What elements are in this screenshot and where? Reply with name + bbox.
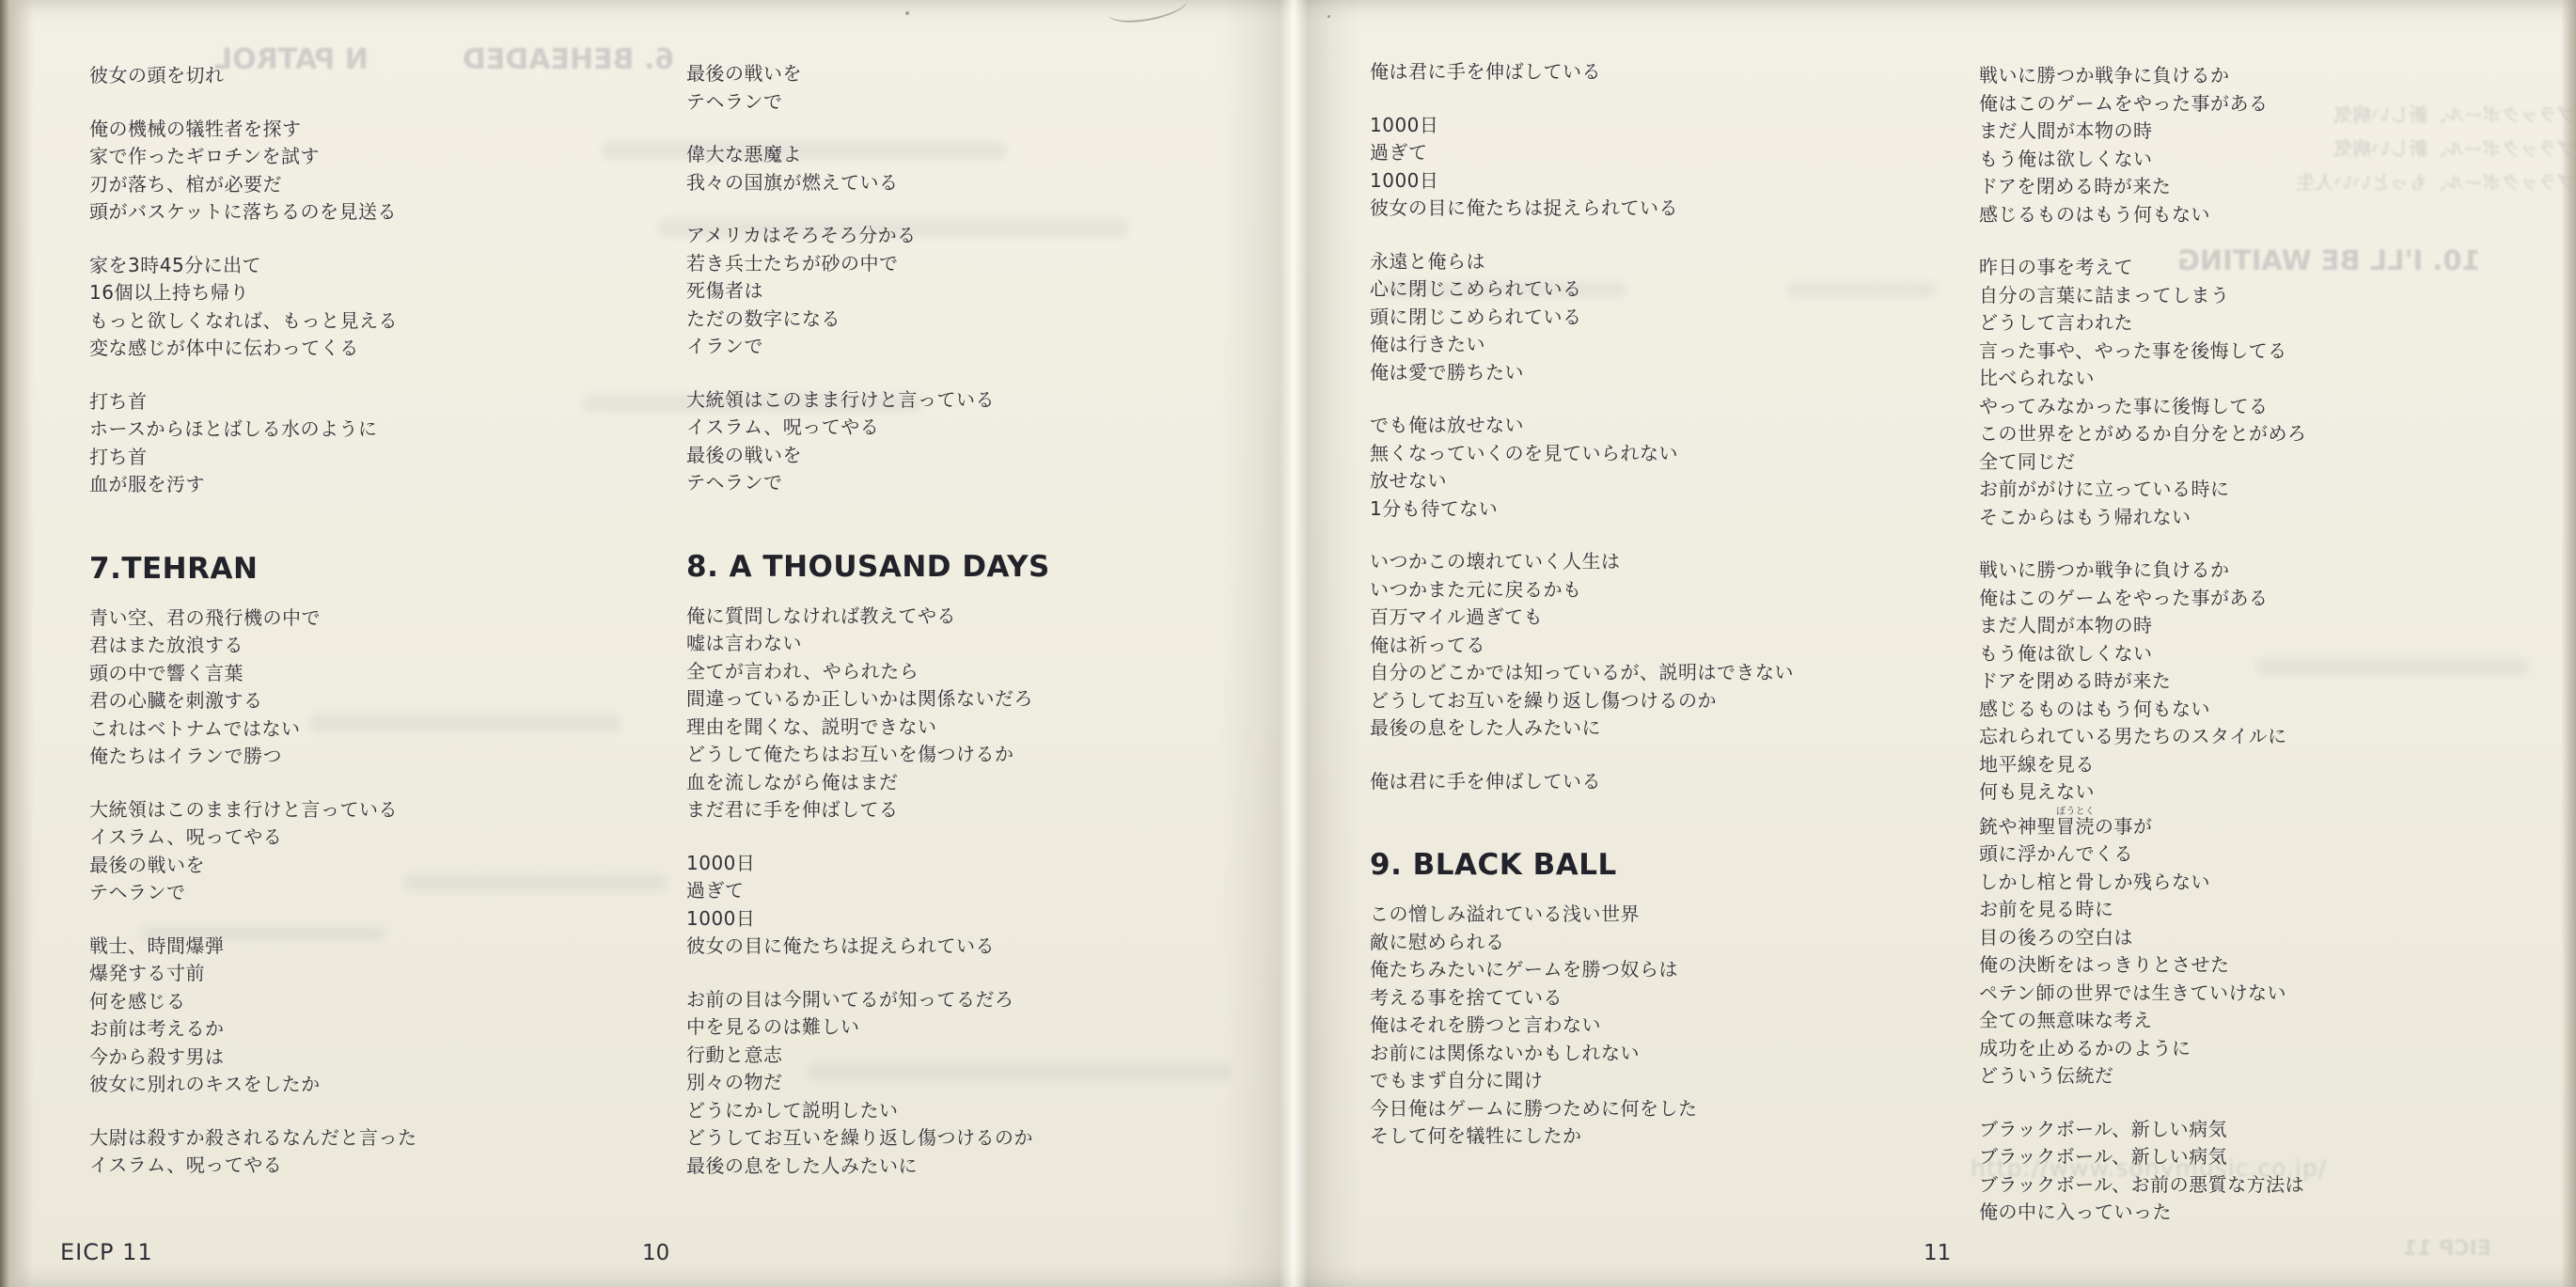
lyric-line: アメリカはそろそろ分かる <box>686 222 1236 250</box>
lyric-line: 行動と意志 <box>686 1042 1236 1070</box>
page-number-right: 11 <box>1924 1241 1951 1265</box>
lyric-line: 最後の戦いを <box>686 442 1236 470</box>
lyric-line: ブラックボール、新しい病気 <box>1979 1143 2552 1171</box>
lyric-line: しかし棺と骨しか残らない <box>1979 869 2552 897</box>
lyric-line: 青い空、君の飛行機の中で <box>89 604 639 633</box>
page-gutter-fold <box>1220 0 1361 1287</box>
lyrics-column-left-2: 最後の戦いをテヘランで偉大な悪魔よ我々の国旗が燃えているアメリカはそろそろ分かる… <box>686 60 1236 1205</box>
lyric-line: 俺はそれを勝つと言わない <box>1370 1012 1943 1040</box>
lyric-line: 別々の物だ <box>686 1069 1236 1097</box>
stanza: 俺は君に手を伸ばしている <box>1370 768 1943 796</box>
lyric-line: 大尉は殺すか殺されるなんだと言った <box>89 1124 639 1153</box>
stanza: 俺は君に手を伸ばしている <box>1370 58 1943 86</box>
stanza: 俺の機械の犠牲者を探す家で作ったギロチンを試す刃が落ち、棺が必要だ頭がバスケット… <box>89 116 639 227</box>
lyric-line: これはベトナムではない <box>89 715 639 744</box>
lyric-line: 全ての無意味な考え <box>1979 1007 2552 1035</box>
lyric-line: 言った事や、やった事を後悔してる <box>1979 337 2552 366</box>
lyric-line: 放せない <box>1370 467 1943 495</box>
lyric-line: 俺の決断をはっきりとさせた <box>1979 951 2552 980</box>
lyric-line: イスラム、呪ってやる <box>89 824 639 852</box>
lyrics-column-right-1: 俺は君に手を伸ばしている1000日過ぎて1000日彼女の目に俺たちは捉えられてい… <box>1370 58 1943 1176</box>
lyric-line: もっと欲しくなれば、もっと見える <box>89 307 639 336</box>
lyric-line: 永遠と俺らは <box>1370 248 1943 276</box>
stanza: 大尉は殺すか殺されるなんだと言ったイスラム、呪ってやる <box>89 1124 639 1180</box>
lyric-line: 1000日 <box>1370 112 1943 140</box>
stanza: ブラックボール、新しい病気ブラックボール、新しい病気ブラックボール、お前の悪質な… <box>1979 1116 2552 1227</box>
lyric-line: 我々の国旗が燃えている <box>686 169 1236 197</box>
lyric-line: 最後の戦いを <box>686 60 1236 88</box>
lyric-line: 最後の息をした人みたいに <box>686 1153 1236 1181</box>
lyric-line: 感じるものはもう何もない <box>1979 201 2552 229</box>
lyric-line: やってみなかった事に後悔してる <box>1979 393 2552 421</box>
lyric-line: 銃や神聖冒涜ぼうとくの事が <box>1979 807 2552 841</box>
page-edge-right <box>2561 0 2576 1287</box>
lyric-line: 大統領はこのまま行けと言っている <box>686 386 1236 415</box>
lyric-line: 感じるものはもう何もない <box>1979 696 2552 724</box>
lyric-line: どういう伝統だ <box>1979 1062 2552 1091</box>
lyrics-column-left-1: 彼女の頭を切れ俺の機械の犠牲者を探す家で作ったギロチンを試す刃が落ち、棺が必要だ… <box>89 62 639 1205</box>
lyric-line: 俺に質問しなければ教えてやる <box>686 603 1236 631</box>
lyric-line: 家を3時45分に出て <box>89 252 639 280</box>
lyric-line: 1000日 <box>1370 167 1943 196</box>
lyric-line: イランで <box>686 333 1236 361</box>
lyric-line: 俺はこのゲームをやった事がある <box>1979 90 2552 118</box>
stanza: 青い空、君の飛行機の中で君はまた放浪する頭の中で響く言葉君の心臓を刺激するこれは… <box>89 604 639 771</box>
lyric-line: もう俺は欲しくない <box>1979 146 2552 174</box>
lyric-line: 無くなっていくのを見ていられない <box>1370 440 1943 468</box>
lyric-line: テヘランで <box>686 469 1236 497</box>
lyric-line: 全てが言われ、やられたら <box>686 658 1236 686</box>
lyric-line: どうしてお互いを繰り返し傷つけるのか <box>686 1124 1236 1153</box>
booklet-spread: N PATROL 6. BEHEADED 10. I'LL BE WAITING… <box>0 0 2576 1287</box>
lyric-line: テヘランで <box>89 879 639 907</box>
lyric-line: この憎しみ溢れている浅い世界 <box>1370 901 1943 929</box>
stanza: 打ち首ホースからほとばしる水のように打ち首血が服を汚す <box>89 388 639 499</box>
furigana-ruby: 冒涜ぼうとく <box>2056 815 2095 838</box>
lyric-line: まだ君に手を伸ばしてる <box>686 796 1236 824</box>
lyric-line: 彼女の目に俺たちは捉えられている <box>1370 195 1943 223</box>
scan-hair-artifact <box>1106 0 1189 25</box>
lyric-line: 俺は愛で勝ちたい <box>1370 359 1943 387</box>
lyric-line: 頭に閉じこめられている <box>1370 304 1943 332</box>
lyric-line: ただの数字になる <box>686 306 1236 334</box>
lyric-line: 1000日 <box>686 850 1236 878</box>
stanza: 昨日の事を考えて自分の言葉に詰まってしまうどうして言われた言った事や、やった事を… <box>1979 254 2552 531</box>
stanza: 1000日過ぎて1000日彼女の目に俺たちは捉えられている <box>686 850 1236 961</box>
lyric-line: 全て同じだ <box>1979 448 2552 477</box>
lyric-line: 家で作ったギロチンを試す <box>89 143 639 171</box>
lyric-line: お前の目は今開いてるが知ってるだろ <box>686 986 1236 1014</box>
lyric-line: でも俺は放せない <box>1370 412 1943 440</box>
stanza: この憎しみ溢れている浅い世界敵に慰められる俺たちみたいにゲームを勝つ奴らは考える… <box>1370 901 1943 1151</box>
stanza: 永遠と俺らは心に閉じこめられている頭に閉じこめられている俺は行きたい俺は愛で勝ち… <box>1370 248 1943 387</box>
lyric-line: 彼女の頭を切れ <box>89 62 639 90</box>
lyric-line: 自分のどこかでは知っているが、説明はできない <box>1370 659 1943 687</box>
lyric-line: まだ人間が本物の時 <box>1979 612 2552 640</box>
lyric-line: テヘランで <box>686 88 1236 117</box>
lyric-line: 忘れられている男たちのスタイルに <box>1979 723 2552 751</box>
lyric-line: 理由を聞くな、説明できない <box>686 714 1236 742</box>
stanza: いつかこの壊れていく人生はいつかまた元に戻るかも百万マイル過ぎても俺は祈ってる自… <box>1370 548 1943 743</box>
lyric-line: 俺たちはイランで勝つ <box>89 743 639 771</box>
song-title: 9. BLACK BALL <box>1370 848 1943 882</box>
lyric-line: 過ぎて <box>1370 139 1943 167</box>
page-number-left: 10 <box>642 1241 669 1265</box>
lyric-line: 偉大な悪魔よ <box>686 141 1236 169</box>
lyric-line: 頭に浮かんでくる <box>1979 840 2552 869</box>
lyric-line: 死傷者は <box>686 277 1236 306</box>
lyric-line: 血を流しながら俺はまだ <box>686 769 1236 797</box>
lyric-line: 俺の中に入っていった <box>1979 1199 2552 1227</box>
lyric-line: 成功を止めるかのように <box>1979 1035 2552 1063</box>
song-title: 8. A THOUSAND DAYS <box>686 550 1236 584</box>
lyric-line: 最後の戦いを <box>89 852 639 880</box>
lyric-line: ペテン師の世界では生きていけない <box>1979 980 2552 1008</box>
lyric-line: 嘘は言わない <box>686 630 1236 658</box>
lyric-line: 大統領はこのまま行けと言っている <box>89 796 639 824</box>
lyric-line: 戦士、時間爆弾 <box>89 933 639 961</box>
scan-speck-artifact <box>1327 15 1330 18</box>
lyric-line: ドアを閉める時が来た <box>1979 667 2552 696</box>
lyric-line: 自分の言葉に詰まってしまう <box>1979 282 2552 310</box>
lyric-line: 昨日の事を考えて <box>1979 254 2552 282</box>
lyric-line: 間違っているか正しいかは関係ないだろ <box>686 685 1236 714</box>
lyric-line: 変な感じが体中に伝わってくる <box>89 335 639 363</box>
stanza: 大統領はこのまま行けと言っているイスラム、呪ってやる最後の戦いをテヘランで <box>89 796 639 907</box>
lyric-line: 血が服を汚す <box>89 471 639 499</box>
lyric-line: どうして言われた <box>1979 309 2552 337</box>
lyric-line: 俺は君に手を伸ばしている <box>1370 768 1943 796</box>
lyric-line: 打ち首 <box>89 388 639 416</box>
lyric-line: 比べられない <box>1979 365 2552 393</box>
stanza: 1000日過ぎて1000日彼女の目に俺たちは捉えられている <box>1370 112 1943 223</box>
lyric-line: でもまず自分に聞け <box>1370 1067 1943 1095</box>
lyric-line: ブラックボール、お前の悪質な方法は <box>1979 1171 2552 1200</box>
lyric-line: そこからはもう帰れない <box>1979 504 2552 532</box>
lyric-line: 1000日 <box>686 905 1236 934</box>
lyric-line: 1分も待てない <box>1370 495 1943 524</box>
lyric-line: 16個以上持ち帰り <box>89 279 639 307</box>
lyric-line: そして何を犠牲にしたか <box>1370 1122 1943 1151</box>
lyric-line: 打ち首 <box>89 444 639 472</box>
lyric-line: 地平線を見る <box>1979 751 2552 779</box>
stanza: アメリカはそろそろ分かる若き兵士たちが砂の中で死傷者はただの数字になるイランで <box>686 222 1236 361</box>
lyric-line: 過ぎて <box>686 877 1236 905</box>
lyric-line: 百万マイル過ぎても <box>1370 604 1943 632</box>
lyric-line: 俺は行きたい <box>1370 331 1943 359</box>
lyric-line: イスラム、呪ってやる <box>686 414 1236 442</box>
lyric-line: 彼女に別れのキスをしたか <box>89 1071 639 1099</box>
stanza: 俺に質問しなければ教えてやる嘘は言わない全てが言われ、やられたら間違っているか正… <box>686 603 1236 824</box>
stanza: 大統領はこのまま行けと言っているイスラム、呪ってやる最後の戦いをテヘランで <box>686 386 1236 497</box>
lyric-line: 君の心臓を刺激する <box>89 687 639 715</box>
lyric-line: どうして俺たちはお互いを傷つけるか <box>686 741 1236 769</box>
stanza: 偉大な悪魔よ我々の国旗が燃えている <box>686 141 1236 196</box>
lyric-line: 俺は祈ってる <box>1370 632 1943 660</box>
stanza: 彼女の頭を切れ <box>89 62 639 90</box>
stanza: 戦いに勝つか戦争に負けるか俺はこのゲームをやった事があるまだ人間が本物の時もう俺… <box>1979 557 2552 1091</box>
stanza: でも俺は放せない無くなっていくのを見ていられない放せない1分も待てない <box>1370 412 1943 523</box>
stanza: 最後の戦いをテヘランで <box>686 60 1236 116</box>
lyric-line: 考える事を捨てている <box>1370 984 1943 1012</box>
lyric-line: お前は考えるか <box>89 1015 639 1044</box>
lyric-line: 何を感じる <box>89 988 639 1016</box>
lyric-line: この世界をとがめるか自分をとがめろ <box>1979 420 2552 448</box>
lyric-line: お前ががけに立っている時に <box>1979 476 2552 504</box>
lyrics-column-right-2: 戦いに勝つか戦争に負けるか俺はこのゲームをやった事があるまだ人間が本物の時もう俺… <box>1979 62 2552 1252</box>
scan-speck-artifact <box>905 11 909 15</box>
stanza: 戦士、時間爆弾爆発する寸前何を感じるお前は考えるか今から殺す男は彼女に別れのキス… <box>89 933 639 1099</box>
lyric-line: 中を見るのは難しい <box>686 1013 1236 1042</box>
catalog-number: EICP 11 <box>60 1239 153 1265</box>
lyric-line: 刃が落ち、棺が必要だ <box>89 171 639 199</box>
lyric-line: ブラックボール、新しい病気 <box>1979 1116 2552 1144</box>
lyric-line: 敵に慰められる <box>1370 929 1943 957</box>
stanza: 戦いに勝つか戦争に負けるか俺はこのゲームをやった事があるまだ人間が本物の時もう俺… <box>1979 62 2552 228</box>
lyric-line: もう俺は欲しくない <box>1979 640 2552 668</box>
lyric-line: 俺たちみたいにゲームを勝つ奴らは <box>1370 956 1943 984</box>
lyric-line: 今から殺す男は <box>89 1044 639 1072</box>
lyric-line: まだ人間が本物の時 <box>1979 118 2552 146</box>
lyric-line: 頭がバスケットに落ちるのを見送る <box>89 198 639 227</box>
lyric-line: 心に閉じこめられている <box>1370 275 1943 304</box>
lyric-line: 戦いに勝つか戦争に負けるか <box>1979 62 2552 90</box>
lyric-line: 俺の機械の犠牲者を探す <box>89 116 639 144</box>
lyric-line: 俺はこのゲームをやった事がある <box>1979 585 2552 613</box>
lyric-line: 爆発する寸前 <box>89 960 639 988</box>
lyric-line: どうしてお互いを繰り返し傷つけるのか <box>1370 687 1943 715</box>
lyric-line: いつかまた元に戻るかも <box>1370 576 1943 604</box>
lyric-line: 彼女の目に俺たちは捉えられている <box>686 933 1236 961</box>
lyric-line: 戦いに勝つか戦争に負けるか <box>1979 557 2552 585</box>
lyric-line: お前を見る時に <box>1979 896 2552 924</box>
lyric-line: 俺は君に手を伸ばしている <box>1370 58 1943 86</box>
lyric-line: ホースからほとばしる水のように <box>89 416 639 444</box>
lyric-line: 君はまた放浪する <box>89 632 639 660</box>
lyric-line: どうにかして説明したい <box>686 1097 1236 1125</box>
lyric-line: 何も見えない <box>1979 778 2552 807</box>
lyric-line: イスラム、呪ってやる <box>89 1152 639 1180</box>
lyric-line: 目の後ろの空白は <box>1979 924 2552 952</box>
stanza: 家を3時45分に出て16個以上持ち帰りもっと欲しくなれば、もっと見える変な感じが… <box>89 252 639 363</box>
lyric-line: 今日俺はゲームに勝つために何をした <box>1370 1095 1943 1123</box>
page-edge-left <box>0 0 34 1287</box>
lyric-line: ドアを閉める時が来た <box>1979 173 2552 201</box>
lyric-line: 最後の息をした人みたいに <box>1370 714 1943 743</box>
lyric-line: お前には関係ないかもしれない <box>1370 1040 1943 1068</box>
song-title: 7.TEHRAN <box>89 552 639 586</box>
lyric-line: 頭の中で響く言葉 <box>89 660 639 688</box>
lyric-line: いつかこの壊れていく人生は <box>1370 548 1943 576</box>
lyric-line: 若き兵士たちが砂の中で <box>686 250 1236 278</box>
stanza: お前の目は今開いてるが知ってるだろ中を見るのは難しい行動と意志別々の物だどうにか… <box>686 986 1236 1181</box>
